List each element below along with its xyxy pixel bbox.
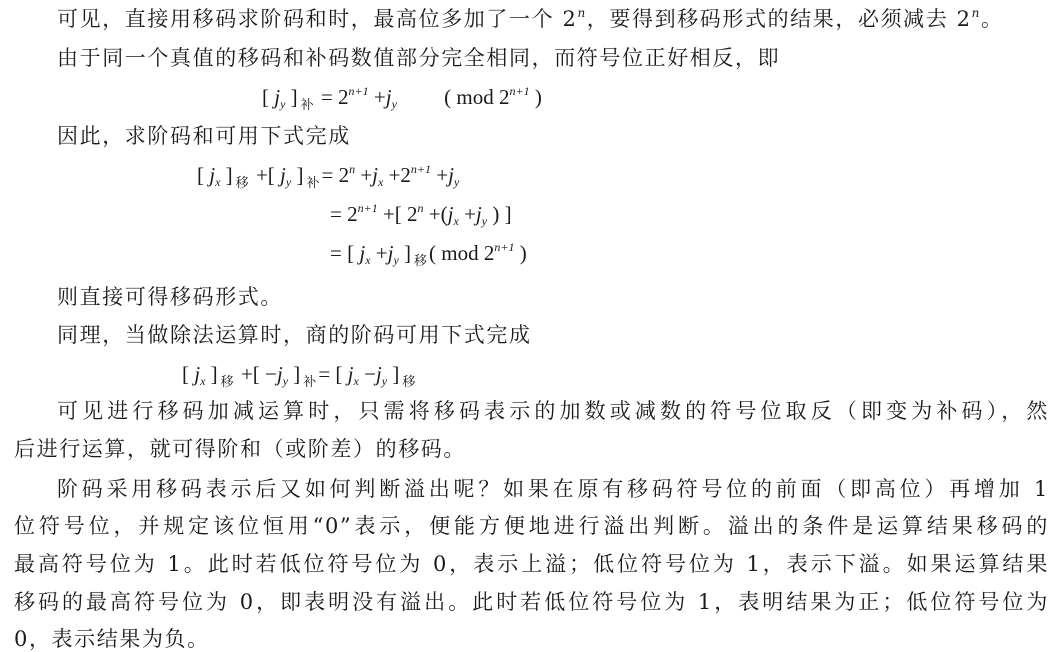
formula-sum-line-1: [ jx ]移 +[ jy ]补= 2n +jx +2n+1 +jy	[197, 162, 459, 197]
formula-rhs: = 2n+1 +jy	[321, 85, 397, 109]
formula-sum-line-3: = [ jx +jy ]移( mod 2n+1 )	[330, 240, 527, 275]
formula-mod: ( mod 2n+1 )	[444, 85, 542, 109]
paragraph-line-3: 因此，求阶码和可用下式完成	[57, 123, 351, 149]
paragraph-7-line-1: 阶码采用移码表示后又如何判断溢出呢？如果在原有移码符号位的前面（即高位）再增加 …	[57, 476, 1049, 502]
paragraph-line-1: 可见，直接用移码求阶码和时，最高位多加了一个 2n，要得到移码形式的结果，必须减…	[57, 6, 1004, 32]
text-segment: 。	[981, 7, 1004, 31]
superscript: n	[577, 6, 586, 20]
paragraph-7-line-4: 移码的最高符号位为 0，即表明没有溢出。此时若低位符号位为 1，表明结果为正；低…	[14, 589, 1049, 615]
text-segment: ，要得到移码形式的结果，必须减去 2	[587, 7, 972, 31]
text-segment: 可见，直接用移码求阶码和时，最高位多加了一个 2	[57, 7, 577, 31]
paragraph-6-line-2: 后进行运算，就可得阶和（或阶差）的移码。	[14, 436, 466, 462]
superscript: n	[972, 6, 981, 20]
paragraph-6-line-1: 可见进行移码加减运算时，只需将移码表示的加数或减数的符号位取反（即变为补码），然	[57, 398, 1049, 424]
formula-complement: [ jy ]补 = 2n+1 +jy ( mod 2n+1 )	[262, 84, 542, 119]
paragraph-7-line-3: 最高符号位为 1。此时若低位符号位为 0，表示上溢；低位符号位为 1，表示下溢。…	[14, 551, 1049, 577]
paragraph-7-line-2: 位符号位，并规定该位恒用“0”表示，便能方便地进行溢出判断。溢出的条件是运算结果…	[14, 513, 1049, 539]
paragraph-line-2: 由于同一个真值的移码和补码数值部分完全相同，而符号位正好相反，即	[57, 45, 780, 71]
paragraph-line-5: 同理，当做除法运算时，商的阶码可用下式完成	[57, 322, 532, 348]
paragraph-7-line-5: 0，表示结果为负。	[14, 626, 210, 652]
paragraph-line-4: 则直接可得移码形式。	[57, 284, 283, 310]
formula-lhs: [ jy ]补	[262, 85, 316, 109]
formula-sum-line-2: = 2n+1 +[ 2n +(jx +jy ) ]	[330, 201, 512, 234]
formula-difference: [ jx ]移 +[ −jy ]补= [ jx −jy ]移	[182, 361, 417, 396]
